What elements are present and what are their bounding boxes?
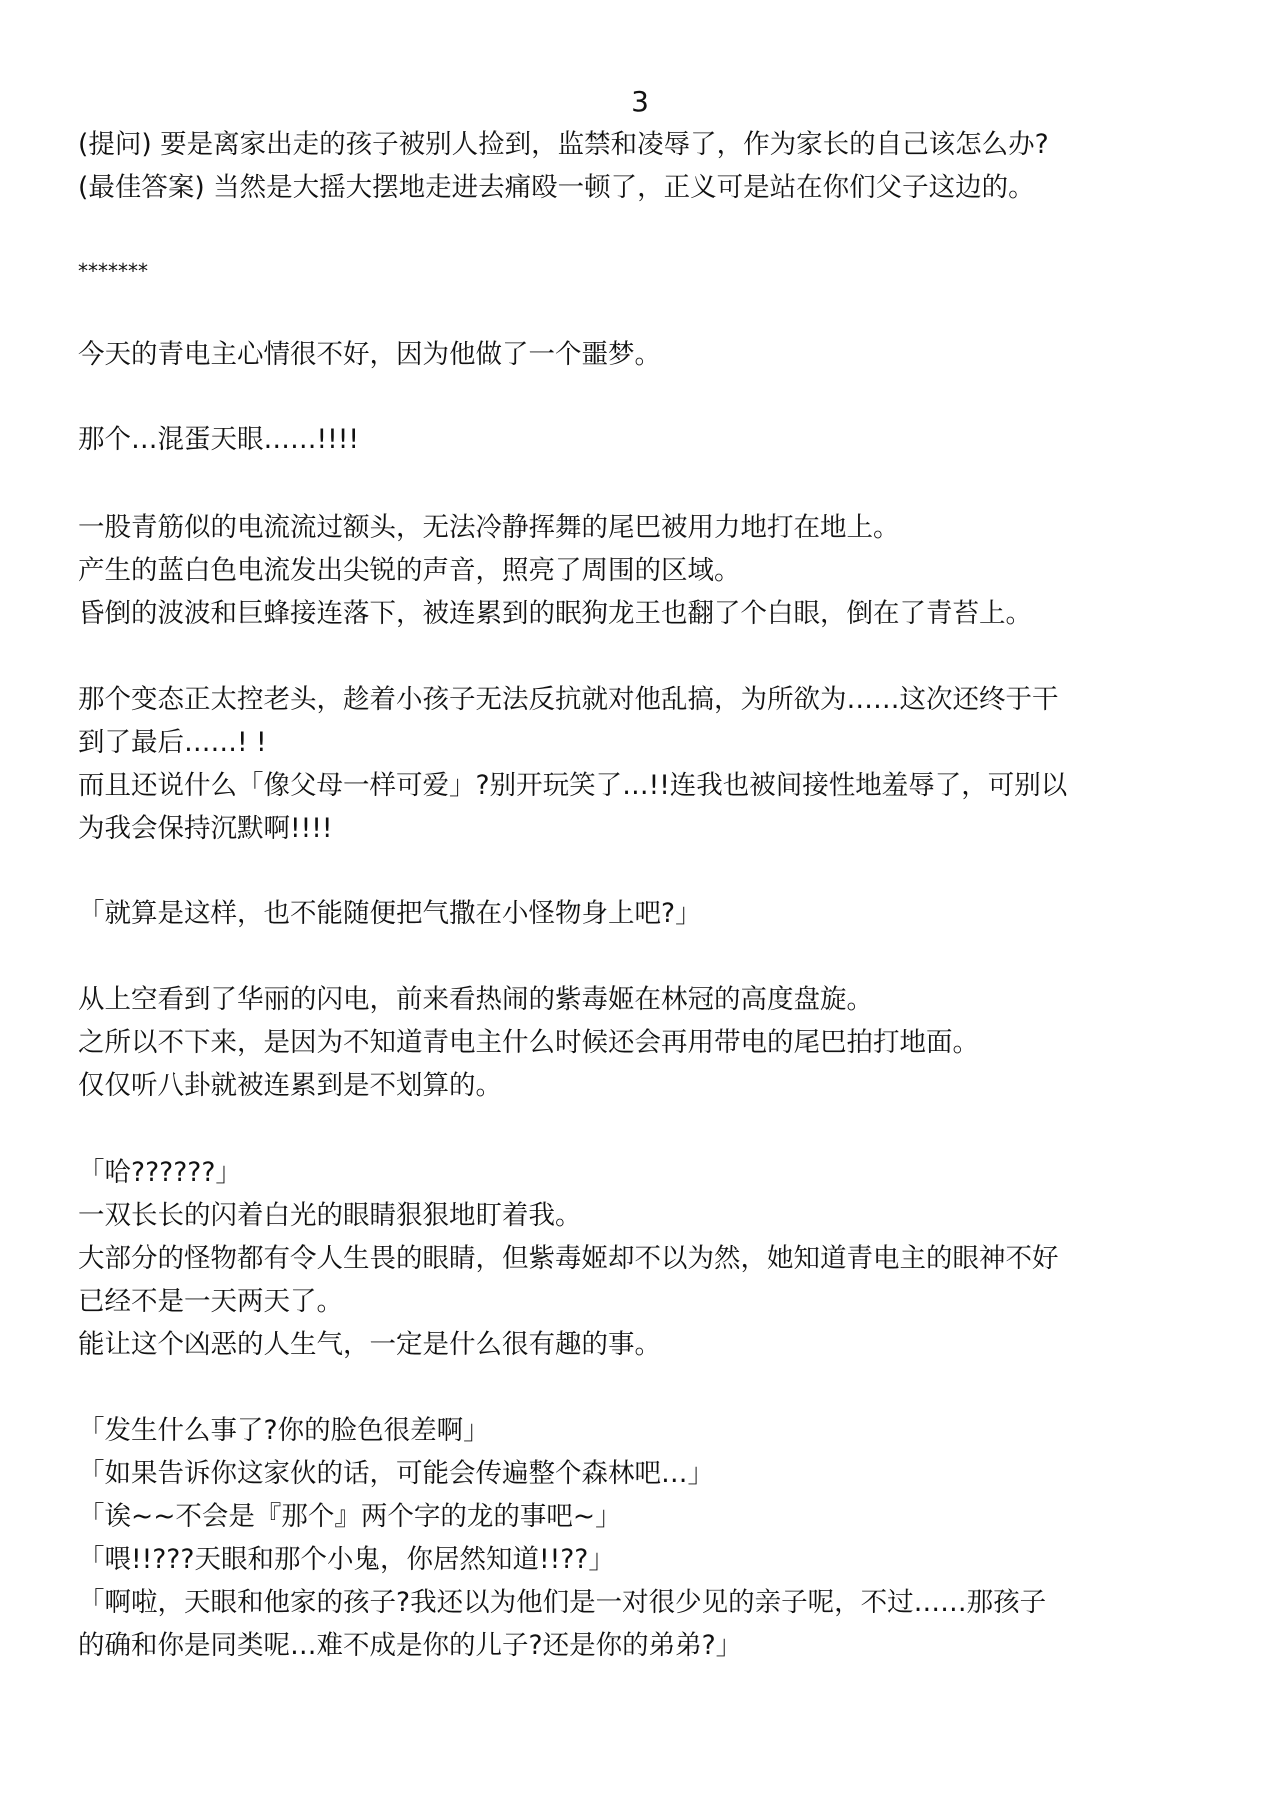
text-line: 已经不是一天两天了。 (78, 1280, 1208, 1323)
text-line: 「喂!!???天眼和那个小鬼，你居然知道!!??」 (78, 1538, 1208, 1581)
text-line: 产生的蓝白色电流发出尖锐的声音，照亮了周围的区域。 (78, 549, 1208, 592)
text-line: 「哈??????」 (78, 1151, 1208, 1194)
text-line: 大部分的怪物都有令人生畏的眼睛，但紫毒姬却不以为然，她知道青电主的眼神不好 (78, 1237, 1208, 1280)
text-line: 一股青筋似的电流流过额头，无法冷静挥舞的尾巴被用力地打在地上。 (78, 506, 1208, 549)
text-line: 的确和你是同类呢…难不成是你的儿子?还是你的弟弟?」 (78, 1624, 1208, 1667)
text-line: 「发生什么事了?你的脸色很差啊」 (78, 1409, 1208, 1452)
text-line: 「诶~~不会是『那个』两个字的龙的事吧~」 (78, 1495, 1208, 1538)
text-line: 那个变态正太控老头，趁着小孩子无法反抗就对他乱搞，为所欲为……这次还终于干 (78, 678, 1208, 721)
text-line: 到了最后……! ! (78, 721, 1208, 764)
text-line: 能让这个凶恶的人生气，一定是什么很有趣的事。 (78, 1323, 1208, 1366)
page-number: 3 (0, 82, 1280, 122)
text-line: 之所以不下来，是因为不知道青电主什么时候还会再用带电的尾巴拍打地面。 (78, 1021, 1208, 1064)
document-page: 3 (提问) 要是离家出走的孩子被别人捡到，监禁和凌辱了，作为家长的自己该怎么办… (0, 0, 1280, 1810)
text-line: 仅仅听八卦就被连累到是不划算的。 (78, 1064, 1208, 1107)
text-line: 今天的青电主心情很不好，因为他做了一个噩梦。 (78, 333, 1208, 376)
section-separator: ******* (78, 250, 1208, 293)
text-line: (提问) 要是离家出走的孩子被别人捡到，监禁和凌辱了，作为家长的自己该怎么办? (78, 123, 1208, 166)
text-line: 一双长长的闪着白光的眼睛狠狠地盯着我。 (78, 1194, 1208, 1237)
text-line: (最佳答案) 当然是大摇大摆地走进去痛殴一顿了，正义可是站在你们父子这边的。 (78, 166, 1208, 209)
text-line: 那个…混蛋天眼……!!!! (78, 418, 1208, 461)
text-line: 「就算是这样，也不能随便把气撒在小怪物身上吧?」 (78, 892, 1208, 935)
text-line: 为我会保持沉默啊!!!! (78, 807, 1208, 850)
text-line: 昏倒的波波和巨蜂接连落下，被连累到的眠狗龙王也翻了个白眼，倒在了青苔上。 (78, 592, 1208, 635)
text-line: 而且还说什么「像父母一样可爱」?别开玩笑了…!!连我也被间接性地羞辱了，可别以 (78, 764, 1208, 807)
text-line: 「啊啦，天眼和他家的孩子?我还以为他们是一对很少见的亲子呢，不过……那孩子 (78, 1581, 1208, 1624)
text-line: 从上空看到了华丽的闪电，前来看热闹的紫毒姬在林冠的高度盘旋。 (78, 978, 1208, 1021)
text-line: 「如果告诉你这家伙的话，可能会传遍整个森林吧…」 (78, 1452, 1208, 1495)
